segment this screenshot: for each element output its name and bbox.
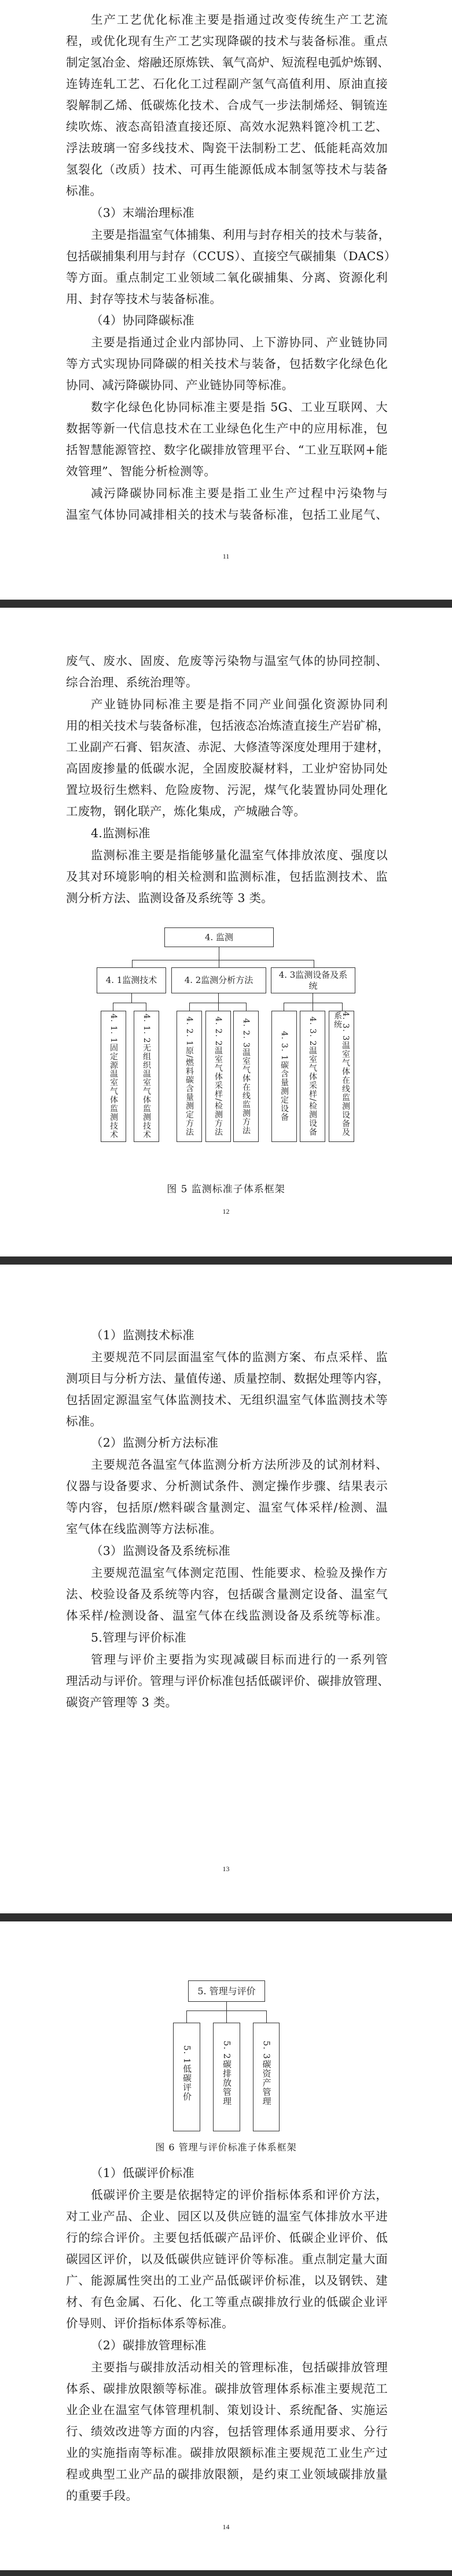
page-number: 13 — [0, 1865, 452, 1873]
diagram-leaf: 5. 3碳资产管理 — [253, 2023, 280, 2131]
connector — [246, 1003, 247, 1011]
diagram-leaf-label: 4. 1. 2无组织温室气体监测技术 — [142, 1014, 150, 1139]
connector — [189, 1003, 246, 1003]
body-line: 法、校验设备及系统等内容，包括碳含量测定设备、温室气 — [66, 1584, 388, 1605]
page-13: （1）监测技术标准 主要规范不同层面温室气体的监测方案、布点采样、监 测项目与分… — [0, 1265, 452, 1913]
connector — [146, 1003, 146, 1011]
body-line: 包括固定源温室气体监测技术、无组织温室气体监测技术等 — [66, 1389, 388, 1411]
connector — [113, 1003, 146, 1003]
diagram-leaf: 4. 2. 1原/燃料碳含量测定方法 — [177, 1011, 202, 1142]
diagram-leaf: 4. 3. 2温室气体采样/检测设备 — [300, 1011, 325, 1142]
diagram-node-4-1: 4. 1监测技术 — [97, 967, 166, 993]
body-line: 温室气体协同减排相关的技术与装备标准，包括工业尾气、 — [66, 504, 388, 526]
connector — [313, 993, 313, 1003]
section-heading: 4.监测标准 — [91, 823, 150, 844]
body-line: 等方面。重点制定工业领域二氧化碳捕集、分离、资源化利 — [66, 267, 388, 289]
diagram-leaf-label: 4. 3. 3温室气体在线监测设备及系统 — [333, 1011, 350, 1141]
diagram-leaf: 4. 3. 1碳含量测定设备 — [271, 1011, 297, 1142]
section-heading: （1）监测技术标准 — [91, 1325, 194, 1346]
diagram-leaf-label: 5. 1低碳评价 — [182, 2045, 191, 2101]
body-line: 体采样/检测设备、温室气体在线监测设备及系统等标准。 — [66, 1605, 388, 1627]
body-line: 数字化绿色化协同标准主要是指 5G、工业互联网、大 — [91, 397, 388, 418]
page-separator — [0, 1913, 452, 1921]
connector — [284, 1003, 284, 1011]
body-line: 测项目与分析方法、量值传递、质量控制、数据处理等内容， — [66, 1368, 388, 1389]
body-line: 程或典型工业产品的碳排放限额，是约束工业领域碳排放量 — [66, 2464, 388, 2485]
body-line: 及其对环境影响的相关检测和监测标准，包括监测技术、监 — [66, 866, 388, 888]
body-line: 行的综合评价。主要包括低碳产品评价、低碳企业评价、低 — [66, 2227, 388, 2249]
body-line: 程，或优化现有生产工艺实现降碳的技术与装备标准。重点 — [66, 31, 388, 52]
body-line: 减污降碳协同标准主要是指工业生产过程中污染物与 — [91, 483, 388, 504]
diagram-leaf-label: 4. 2. 2温室气体采样/检测方法 — [214, 1017, 222, 1136]
body-line: 制定氢冶金、熔融还原炼铁、氧气高炉、短流程电弧炉炼钢、 — [66, 52, 388, 73]
diagram-root-node: 4. 监测 — [164, 927, 274, 947]
diagram-leaf: 4. 1. 1固定源温室气体监测技术 — [101, 1011, 126, 1142]
page-number: 11 — [0, 552, 452, 561]
diagram-leaf-label: 4. 2. 3温室气体在线监测方法 — [242, 1018, 250, 1135]
section-heading: （4）协同降碳标准 — [91, 310, 194, 331]
page-12: 废气、废水、固废、危废等污染物与温室气体的协同控制、 综合治理、系统治理等。 产… — [0, 608, 452, 1256]
body-line: 业企业在温室气体管理机制、策划设计、系统配备、实施运 — [66, 2400, 388, 2421]
body-line: 仪器与设备要求、分析测试条件、测定操作步骤、结果表示 — [66, 1476, 388, 1497]
figure-caption: 图 5 监测标准子体系框架 — [0, 1181, 452, 1195]
body-line: 碳资产管理等 3 类。 — [66, 1692, 388, 1713]
diagram-node-4-2: 4. 2监测分析方法 — [171, 967, 266, 993]
body-line: 标准。 — [66, 180, 388, 202]
body-line: 综合治理、系统治理等。 — [66, 672, 388, 693]
section-heading: （2）监测分析方法标准 — [91, 1432, 218, 1454]
connector — [313, 1003, 313, 1011]
body-line: 生产工艺优化标准主要是指通过改变传统生产工艺流 — [91, 9, 388, 31]
body-line: 的重要手段。 — [66, 2485, 388, 2507]
section-heading: 5.管理与评价标准 — [91, 1627, 186, 1649]
body-line: 协同、减污降碳协同、产业链协同等标准。 — [66, 375, 388, 396]
section-heading: （3）末端治理标准 — [91, 202, 194, 224]
page-number: 14 — [0, 2523, 452, 2531]
diagram-leaf-label: 5. 2碳排放管理 — [222, 2041, 231, 2106]
body-line: 业的实施指南等标准。碳排放限额标准主要规范工业生产过 — [66, 2442, 388, 2464]
body-line: 主要规范不同层面温室气体的监测方案、布点采样、监 — [91, 1347, 388, 1368]
body-line: 废气、废水、固废、危废等污染物与温室气体的协同控制、 — [66, 651, 388, 672]
body-line: 氢裂化（改质）技术、可再生能源低成本制氢等技术与装备 — [66, 159, 388, 180]
diagram-leaf: 5. 2碳排放管理 — [213, 2023, 240, 2131]
body-line: 行、绩效改进等方面的内容，包括管理体系通用要求、分行 — [66, 2421, 388, 2442]
body-line: 效管理”、智能分析检测等。 — [66, 461, 388, 482]
body-line: 续吹炼、液态高铅渣直接还原、高效水泥熟料篦冷机工艺、 — [66, 116, 388, 138]
connector — [132, 960, 314, 960]
page-14: 5. 管理与评价 5. 1低碳评价 5. 2碳排放管理 5. 3碳资产管理 图 … — [0, 1921, 452, 2570]
body-line: 主要是指通过企业内部协同、上下游协同、产业链协同 — [91, 332, 388, 353]
diagram-leaf-label: 4. 3. 2温室气体采样/检测设备 — [308, 1017, 317, 1136]
body-line: 高固废掺量的低碳水泥，全固废胶凝材料，工业炉窑协同处 — [66, 758, 388, 779]
diagram-root-node: 5. 管理与评价 — [188, 1980, 265, 2002]
body-line: 测分析方法、监测设备及系统等 3 类。 — [66, 888, 388, 909]
body-line: 用、封存等技术与装备标准。 — [66, 289, 388, 310]
diagram-leaf-label: 4. 3. 1碳含量测定设备 — [280, 1031, 288, 1122]
diagram-leaf: 4. 2. 3温室气体在线监测方法 — [233, 1011, 259, 1142]
body-line: 对工业产品、企业、园区以及供应链的温室气体排放水平进 — [66, 2206, 388, 2227]
body-line: 室气体在线监测等方法标准。 — [66, 1518, 388, 1540]
body-line: 用的相关技术与装备标准，包括液态冶炼渣直接生产岩矿棉， — [66, 715, 388, 737]
connector — [186, 2010, 187, 2023]
connector — [218, 993, 219, 1003]
body-line: 碳园区评价，以及低碳供应链评价等标准。重点制定量大面 — [66, 2249, 388, 2270]
body-line: 理活动与评价。管理与评价标准包括低碳评价、碳排放管理、 — [66, 1670, 388, 1692]
body-line: 材、有色金属、石化、化工等重点碳排放行业的低碳企业评 — [66, 2292, 388, 2313]
body-line: 体系、碳排放限额等标准。碳排放管理体系标准主要规范工 — [66, 2378, 388, 2400]
body-line: 工业副产石膏、铝灰渣、赤泥、大修渣等深度处理用于建材， — [66, 737, 388, 758]
body-line: 等内容，包括原/燃料碳含量测定、温室气体采样/检测、温 — [66, 1497, 388, 1518]
section-heading: （2）碳排放管理标准 — [91, 2335, 207, 2356]
diagram-leaf: 4. 3. 3温室气体在线监测设备及系统 — [329, 1011, 354, 1142]
body-line: 监测标准主要是指能够量化温室气体排放浓度、强度以 — [91, 845, 388, 866]
connector — [186, 2010, 266, 2011]
section-heading: （3）监测设备及系统标准 — [91, 1540, 230, 1562]
body-line: 工废物，钢化联产，炼化集成，产城融合等。 — [66, 801, 388, 822]
body-line: 主要指与碳排放活动相关的管理标准，包括碳排放管理 — [91, 2357, 388, 2378]
body-line: 数据等新一代信息技术在工业绿色化生产中的应用标准，包 — [66, 418, 388, 439]
body-line: 浮法玻璃一窑多线技术、陶瓷干法制粉工艺、低能耗高效加 — [66, 138, 388, 159]
diagram-leaf: 4. 1. 2无组织温室气体监测技术 — [134, 1011, 159, 1142]
body-line: 低碳评价主要是依据特定的评价指标体系和评价方法， — [91, 2185, 388, 2206]
diagram-leaf: 4. 2. 2温室气体采样/检测方法 — [205, 1011, 231, 1142]
connector — [219, 947, 219, 960]
diagram-leaf-label: 4. 2. 1原/燃料碳含量测定方法 — [185, 1017, 193, 1136]
connector — [131, 993, 132, 1003]
body-line: 主要是指温室气体捕集、利用与封存相关的技术与装备， — [91, 224, 388, 246]
body-line: 包括碳捕集利用与封存（CCUS）、直接空气碳捕集（DACS） — [66, 246, 388, 267]
body-line: 连铸连轧工艺、石化化工过程副产氢气高值利用、原油直接 — [66, 73, 388, 95]
body-line: 裂解制乙烯、低碳炼化技术、合成气一步法制烯烃、铜锍连 — [66, 95, 388, 116]
body-line: 价导则、评价指标体系等标准。 — [66, 2313, 388, 2334]
page-number: 12 — [0, 1207, 452, 1216]
body-line: 主要规范温室气体测定范围、性能要求、检验及操作方 — [91, 1562, 388, 1584]
page-11: 生产工艺优化标准主要是指通过改变传统生产工艺流 程，或优化现有生产工艺实现降碳的… — [0, 0, 452, 600]
body-line: 等方式实现协同降碳的相关技术与装备，包括数字化绿色化 — [66, 353, 388, 375]
connector — [113, 1003, 113, 1011]
page-separator — [0, 1256, 452, 1265]
page-separator — [0, 600, 452, 608]
figure-caption: 图 6 管理与评价标准子体系框架 — [0, 2140, 452, 2153]
connector — [226, 2002, 227, 2023]
diagram-leaf-label: 5. 3碳资产管理 — [262, 2041, 271, 2106]
connector — [342, 1003, 343, 1011]
diagram-leaf-label: 4. 1. 1固定源温室气体监测技术 — [109, 1014, 117, 1139]
page-separator — [0, 2570, 452, 2576]
body-line: 产业链协同标准主要是指不同产业间强化资源协同利 — [91, 694, 388, 715]
section-heading: （1）低碳评价标准 — [91, 2163, 194, 2184]
body-line: 管理与评价主要指为实现减碳目标而进行的一系列管 — [91, 1649, 388, 1670]
body-line: 括智慧能源管控、数字化碳排放管理平台、“工业互联网+能 — [66, 439, 388, 461]
diagram-node-4-3: 4. 3监测设备及系统 — [271, 967, 355, 993]
body-line: 置垃圾衍生燃料、危险废物、污泥，煤气化装置协同处理化 — [66, 779, 388, 801]
body-line: 标准。 — [66, 1411, 388, 1432]
body-line: 广、能源属性突出的工业产品低碳评价标准，以及钢铁、建 — [66, 2270, 388, 2292]
connector — [189, 1003, 190, 1011]
connector — [218, 1003, 219, 1011]
diagram-leaf: 5. 1低碳评价 — [173, 2023, 200, 2131]
connector — [266, 2010, 267, 2023]
body-line: 主要规范各温室气体监测分析方法所涉及的试剂材料、 — [91, 1454, 388, 1476]
